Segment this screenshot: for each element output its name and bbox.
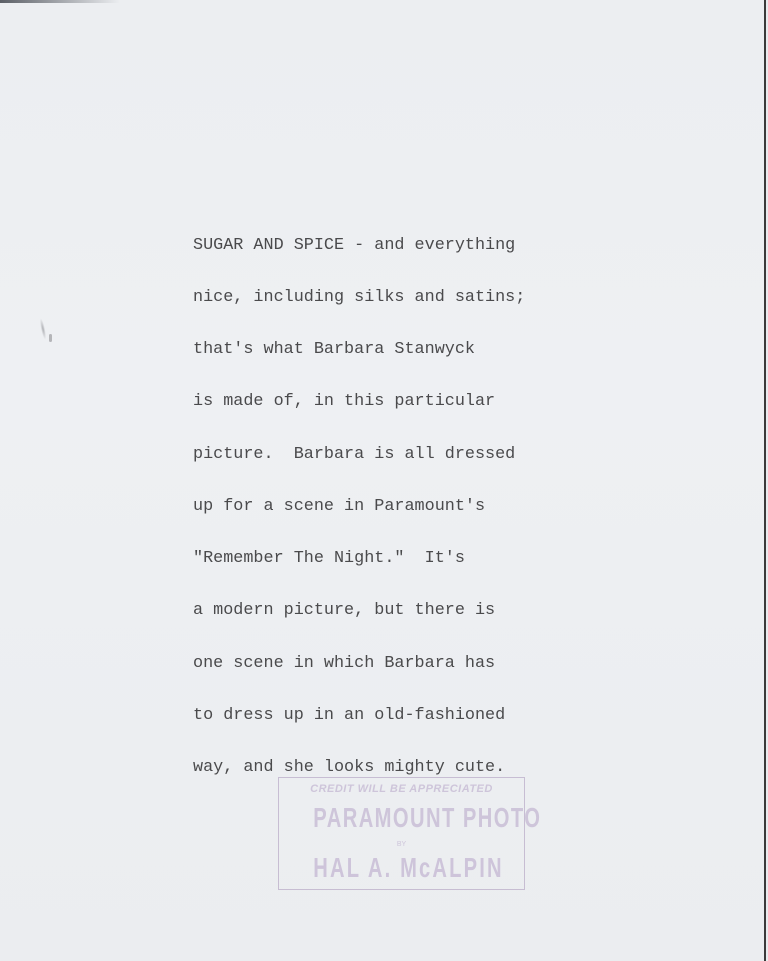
caption-line: up for a scene in Paramount's — [193, 498, 525, 515]
caption-line: one scene in which Barbara has — [193, 655, 525, 672]
caption-line: a modern picture, but there is — [193, 602, 525, 619]
ink-smudge — [49, 334, 52, 342]
caption-line: nice, including silks and satins; — [193, 289, 525, 306]
edge-shadow — [0, 0, 120, 3]
paramount-credit-stamp: CREDIT WILL BE APPRECIATED PARAMOUNT PHO… — [278, 777, 525, 890]
caption-line: picture. Barbara is all dressed — [193, 446, 525, 463]
stamp-credit-line: CREDIT WILL BE APPRECIATED — [279, 783, 524, 795]
caption-line: to dress up in an old-fashioned — [193, 707, 525, 724]
caption-line: SUGAR AND SPICE - and everything — [193, 237, 525, 254]
stamp-photographer: HAL A. McALPIN — [313, 852, 489, 884]
stamp-brand: PARAMOUNT PHOTO — [313, 802, 489, 834]
photo-back-sheet: SUGAR AND SPICE - and everything nice, i… — [0, 0, 766, 961]
caption-line: that's what Barbara Stanwyck — [193, 341, 525, 358]
caption-line: is made of, in this particular — [193, 393, 525, 410]
typewritten-caption: SUGAR AND SPICE - and everything nice, i… — [193, 202, 525, 811]
ink-smudge — [39, 318, 47, 340]
caption-line: way, and she looks mighty cute. — [193, 759, 525, 776]
stamp-by: BY — [279, 841, 524, 848]
caption-line: "Remember The Night." It's — [193, 550, 525, 567]
